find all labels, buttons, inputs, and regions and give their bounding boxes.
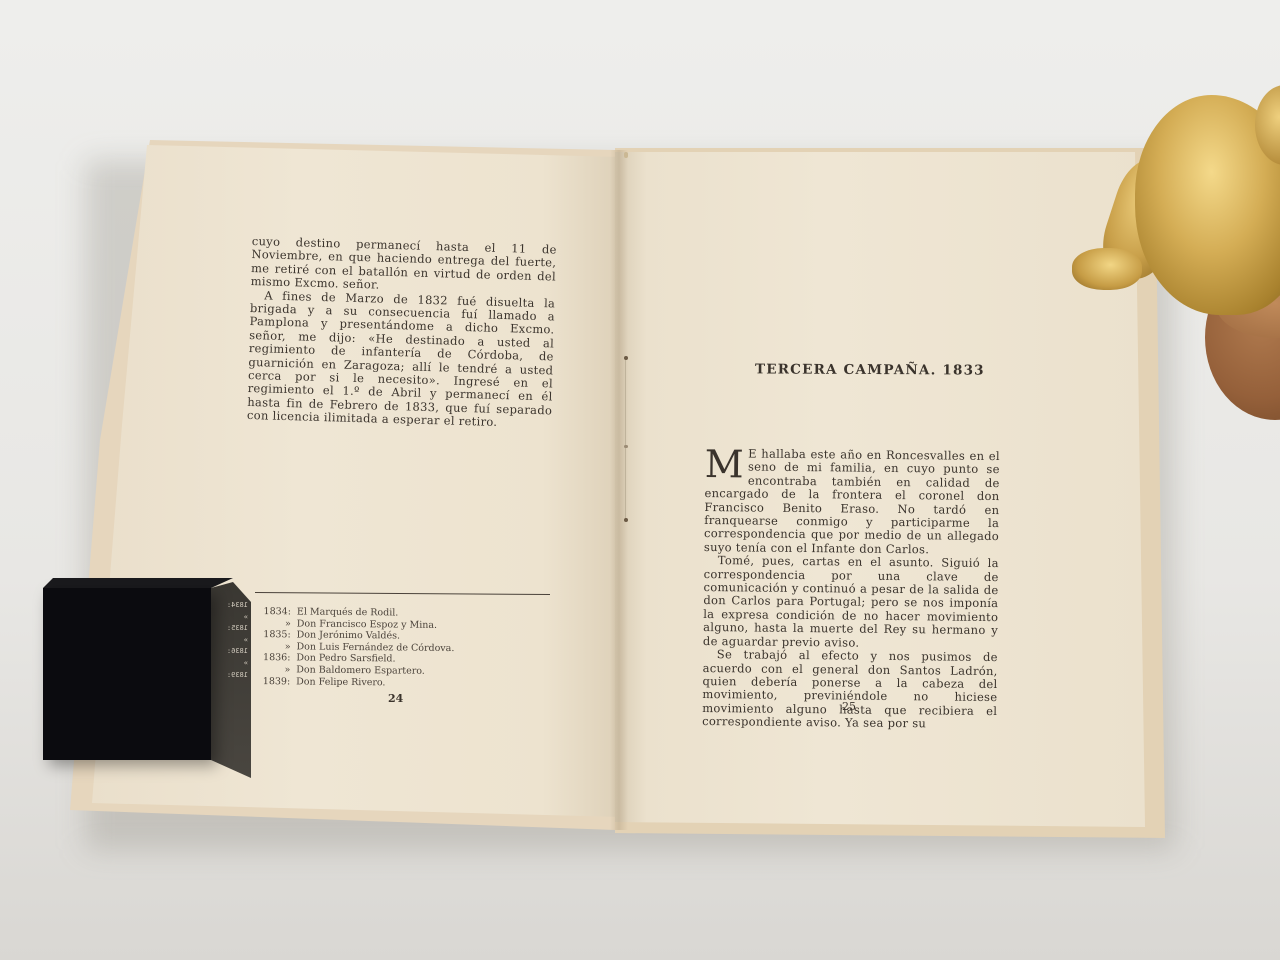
- photo-scene: cuyo destino permanecí hasta el 11 de No…: [0, 0, 1280, 960]
- footnote-year: 1834:: [255, 606, 297, 618]
- figurine-foot: [1072, 248, 1142, 290]
- reflection-line: »: [214, 635, 248, 647]
- paragraph: Se trabajó al efecto y nos pusimos de ac…: [702, 648, 998, 732]
- binding-stitch: [624, 518, 628, 522]
- binding-stitch: [624, 356, 628, 360]
- footnote-name: Don Pedro Sarsfield.: [296, 653, 395, 666]
- footnote-year: 1839:: [254, 676, 296, 688]
- reflection-line: »: [214, 658, 248, 670]
- binding-stitch: [624, 445, 628, 448]
- reflection-line: »: [214, 612, 248, 624]
- paragraph: A fines de Marzo de 1832 fué disuelta la…: [247, 289, 556, 432]
- footnote-year: »: [255, 618, 297, 630]
- black-cube: [43, 588, 211, 760]
- reflection-line: 1835:: [214, 623, 248, 635]
- footnote-list: 1834:El Marqués de Rodil. »Don Francisco…: [254, 606, 555, 690]
- footnote-year: »: [255, 641, 297, 653]
- paragraph: ME hallaba este año en Roncesvalles en e…: [704, 447, 1000, 557]
- drop-cap: M: [705, 449, 745, 479]
- left-page-body: cuyo destino permanecí hasta el 11 de No…: [247, 235, 557, 431]
- reflection-line: 1839:: [214, 670, 248, 682]
- footnote-year: 1836:: [254, 652, 296, 664]
- page-number-right: 25: [842, 700, 856, 713]
- footnote-year: »: [254, 664, 296, 676]
- binding-stitch: [624, 152, 628, 158]
- cube-reflection-text: 1834: » 1835: » 1836: » 1839:: [214, 600, 248, 681]
- paragraph-text: E hallaba este año en Roncesvalles en el…: [704, 446, 1000, 556]
- footnote-name: El Marqués de Rodil.: [297, 606, 399, 619]
- page-number-left: 24: [388, 692, 403, 705]
- footnote-name: Don Felipe Rivero.: [296, 676, 385, 689]
- footnote-year: 1835:: [255, 629, 297, 641]
- reflection-line: 1834:: [214, 600, 248, 612]
- paragraph: cuyo destino permanecí hasta el 11 de No…: [251, 235, 557, 297]
- chapter-title: TERCERA CAMPAÑA. 1833: [755, 361, 985, 378]
- reflection-line: 1836:: [214, 646, 248, 658]
- binding-thread: [625, 358, 626, 520]
- right-page-body: ME hallaba este año en Roncesvalles en e…: [702, 447, 1000, 732]
- paragraph: Tomé, pues, cartas en el asunto. Siguió …: [703, 554, 999, 651]
